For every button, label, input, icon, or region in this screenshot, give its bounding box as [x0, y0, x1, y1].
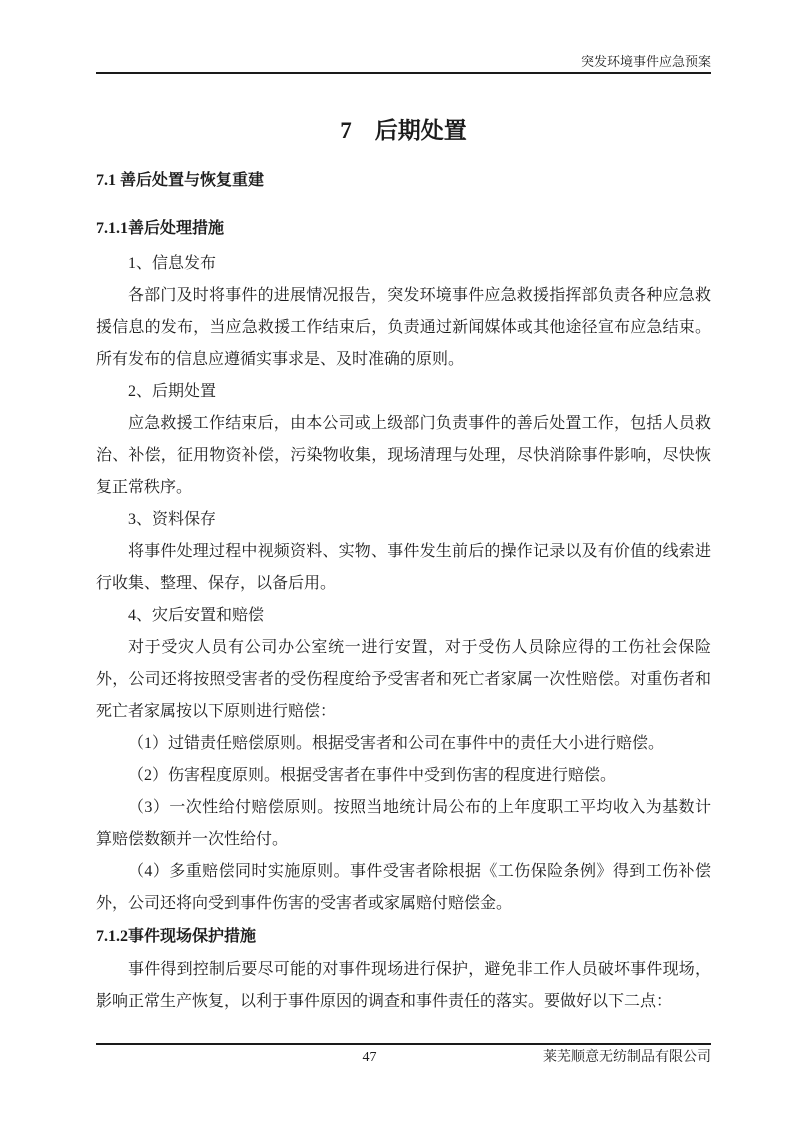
paragraph: （1）过错责任赔偿原则。根据受害者和公司在事件中的责任大小进行赔偿。 [96, 728, 711, 760]
paragraph: 4、灾后安置和赔偿 [96, 600, 711, 632]
paragraph: （2）伤害程度原则。根据受害者在事件中受到伤害的程度进行赔偿。 [96, 760, 711, 792]
section-heading: 7.1.2事件现场保护措施 [96, 926, 711, 948]
company-name: 莱芜顺意无纺制品有限公司 [543, 1049, 711, 1066]
header-running-title: 突发环境事件应急预案 [96, 0, 711, 70]
paragraph: （4）多重赔偿同时实施原则。事件受害者除根据《工伤保险条例》得到工伤补偿外，公司… [96, 856, 711, 920]
section-heading: 7.1.1善后处理措施 [96, 218, 711, 240]
paragraph: 2、后期处置 [96, 376, 711, 408]
paragraph: 1、信息发布 [96, 248, 711, 280]
paragraph: 对于受灾人员有公司办公室统一进行安置，对于受伤人员除应得的工伤社会保险外，公司还… [96, 632, 711, 728]
paragraph: （3）一次性给付赔偿原则。按照当地统计局公布的上年度职工平均收入为基数计算赔偿数… [96, 792, 711, 856]
document-page: 突发环境事件应急预案 7 后期处置 7.1 善后处置与恢复重建7.1.1善后处理… [0, 0, 800, 1131]
footer-divider: 47 莱芜顺意无纺制品有限公司 [96, 1045, 711, 1066]
paragraph: 各部门及时将事件的进展情况报告，突发环境事件应急救援指挥部负责各种应急救援信息的… [96, 280, 711, 376]
header-divider [96, 72, 711, 74]
page-body: 突发环境事件应急预案 7 后期处置 7.1 善后处置与恢复重建7.1.1善后处理… [96, 0, 711, 1018]
paragraph: 事件得到控制后要尽可能的对事件现场进行保护，避免非工作人员破坏事件现场，影响正常… [96, 954, 711, 1018]
section-heading: 7.1 善后处置与恢复重建 [96, 170, 711, 192]
paragraph: 3、资料保存 [96, 504, 711, 536]
page-title: 7 后期处置 [96, 116, 711, 146]
paragraph: 将事件处理过程中视频资料、实物、事件发生前后的操作记录以及有价值的线索进行收集、… [96, 536, 711, 600]
paragraph: 应急救援工作结束后，由本公司或上级部门负责事件的善后处置工作，包括人员救治、补偿… [96, 408, 711, 504]
footer: 47 莱芜顺意无纺制品有限公司 [96, 1043, 711, 1066]
document-content: 7.1 善后处置与恢复重建7.1.1善后处理措施1、信息发布各部门及时将事件的进… [96, 170, 711, 1018]
